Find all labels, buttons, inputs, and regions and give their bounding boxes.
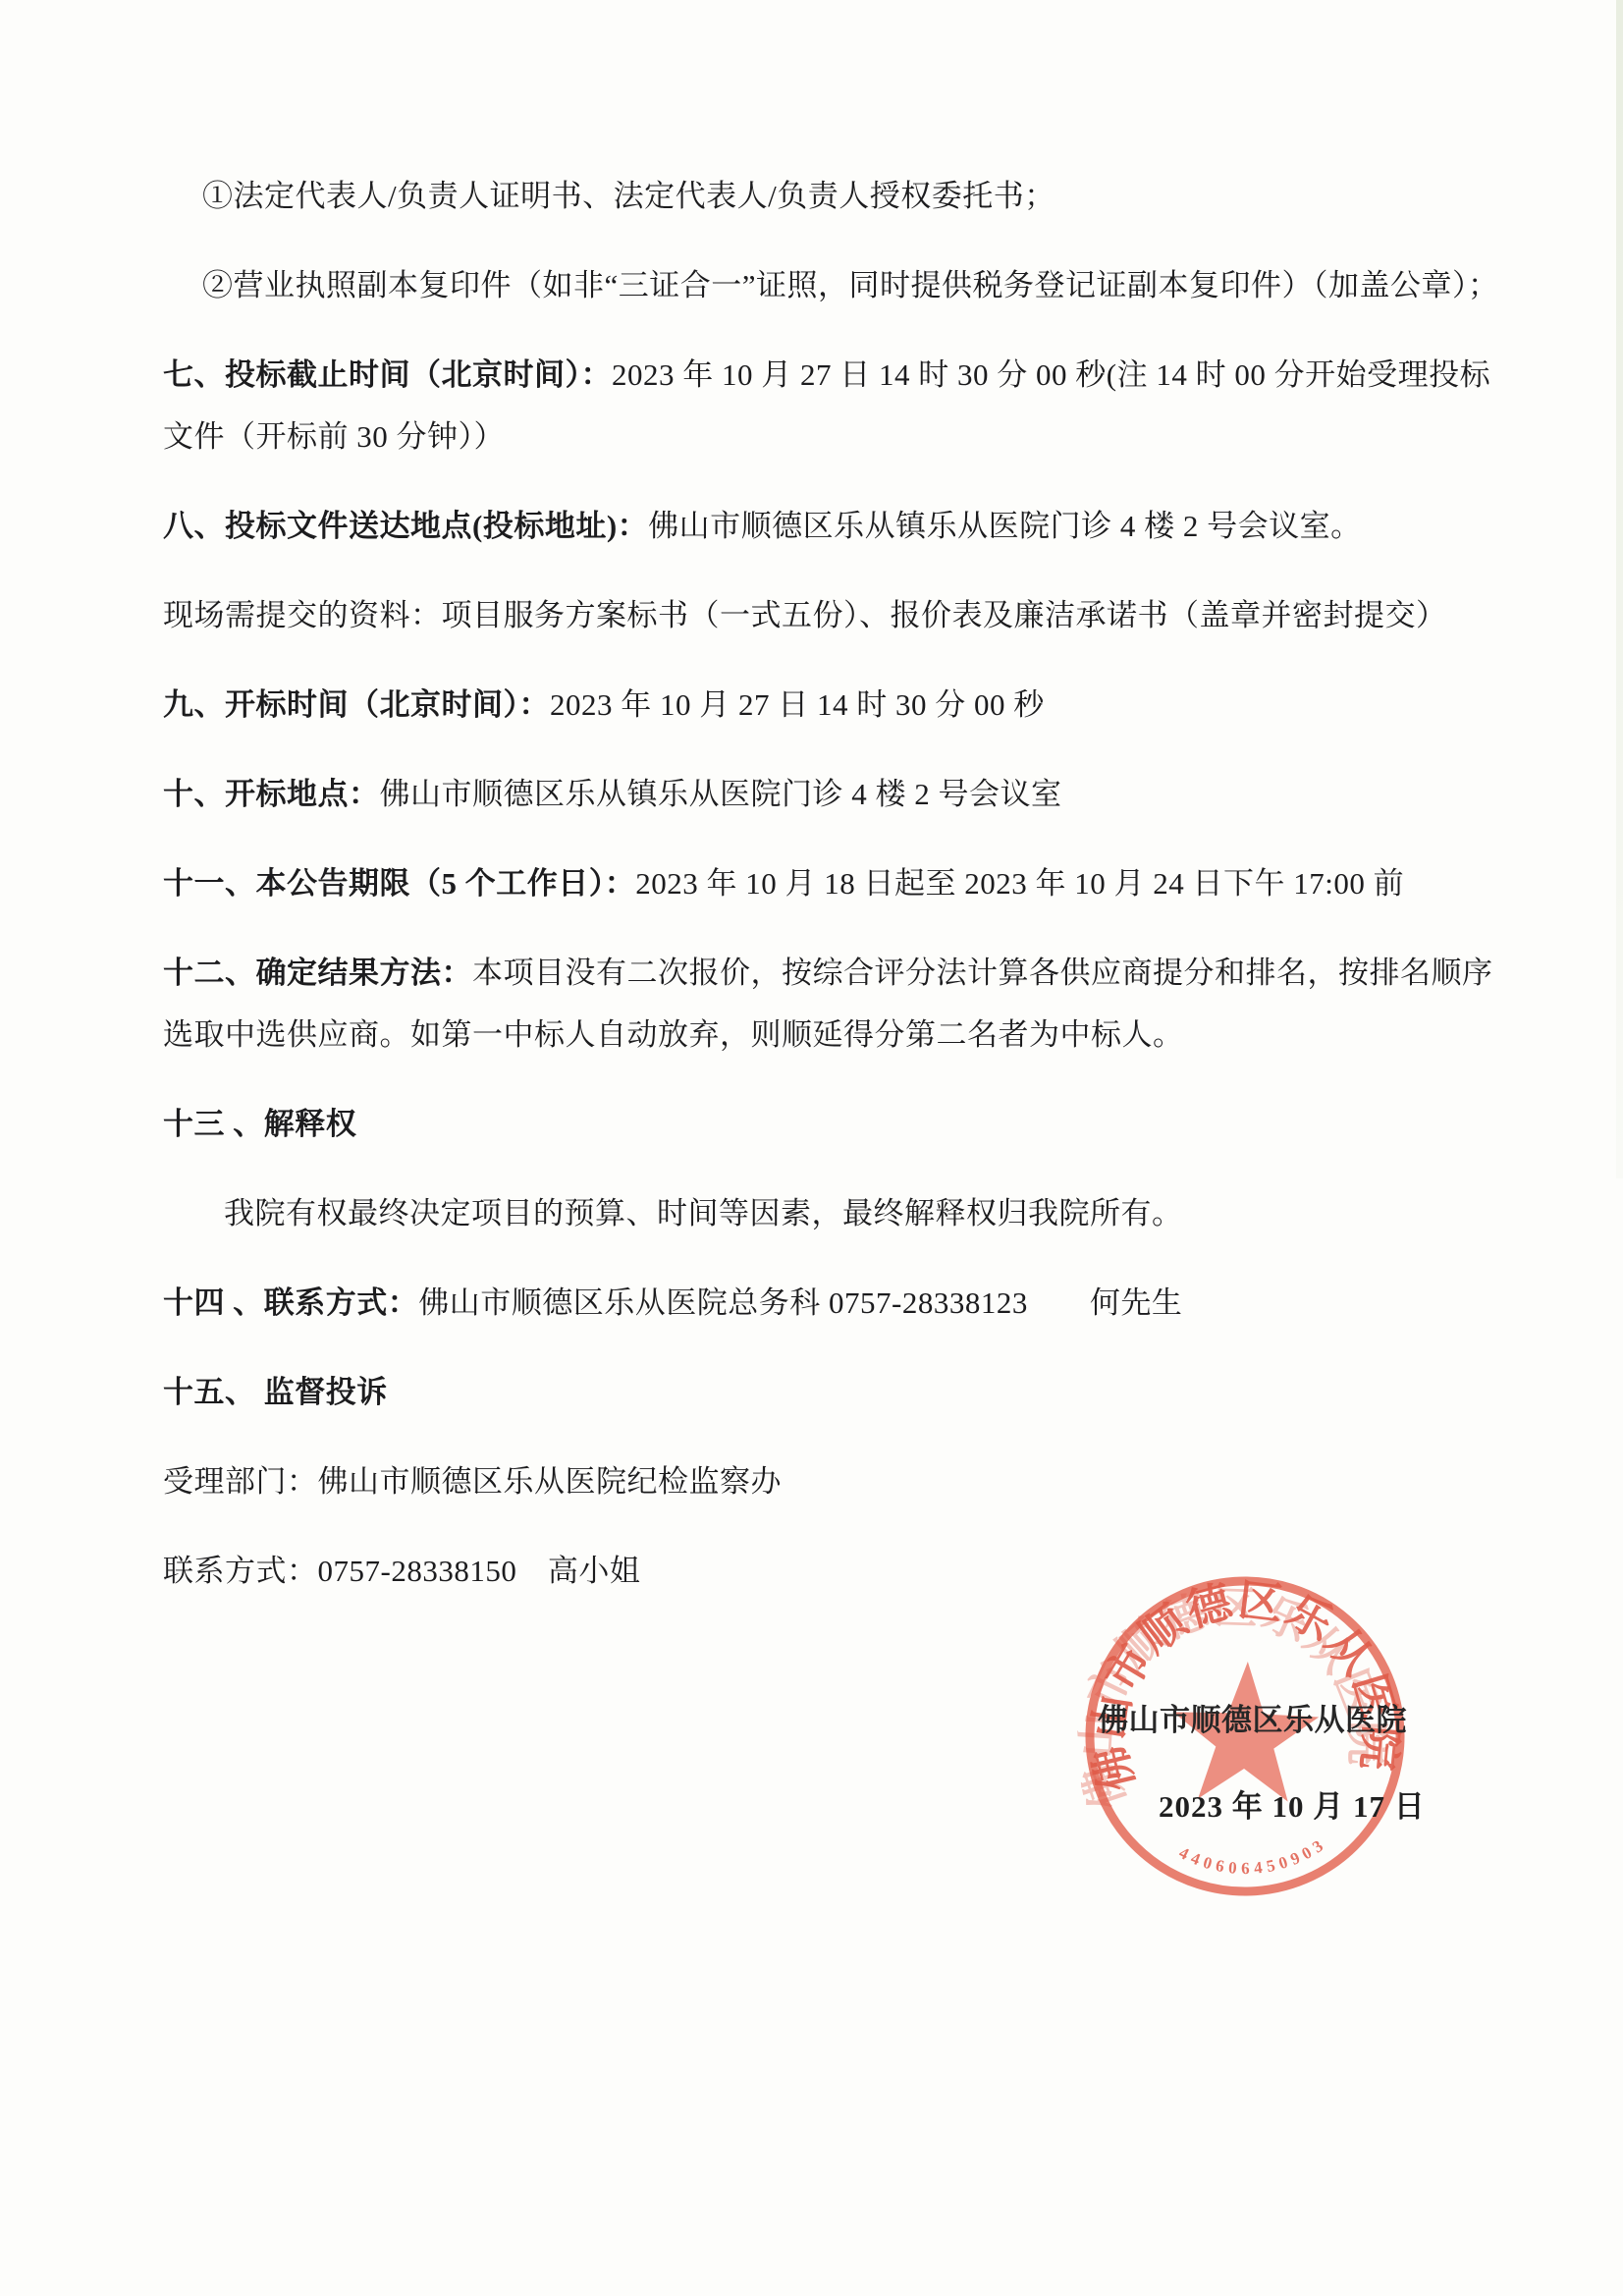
paragraph-section-8: 八、投标文件送达地点(投标地址)：佛山市顺德区乐从镇乐从医院门诊 4 楼 2 号… bbox=[163, 495, 1520, 557]
paragraph-interpretation: 我院有权最终决定项目的预算、时间等因素，最终解释权归我院所有。 bbox=[163, 1182, 1520, 1244]
paragraph-text: 2023 年 10 月 27 日 14 时 30 分 00 秒 bbox=[550, 687, 1045, 722]
section-heading: 九、开标时间（北京时间）： bbox=[163, 687, 550, 722]
section-heading: 七、投标截止时间（北京时间）： bbox=[163, 357, 612, 392]
paragraph-section-14: 十四 、联系方式：佛山市顺德区乐从医院总务科 0757-28338123 何先生 bbox=[163, 1272, 1520, 1334]
paragraph-section-9: 九、开标时间（北京时间）：2023 年 10 月 27 日 14 时 30 分 … bbox=[163, 674, 1520, 736]
section-heading: 十四 、联系方式： bbox=[163, 1285, 418, 1320]
section-heading: 十二、确定结果方法： bbox=[163, 956, 472, 990]
document-body: ①法定代表人/负责人证明书、法定代表人/负责人授权委托书； ②营业执照副本复印件… bbox=[163, 165, 1520, 1629]
paragraph-text: 佛山市顺德区乐从镇乐从医院门诊 4 楼 2 号会议室。 bbox=[648, 509, 1362, 543]
section-heading: 十三 、解释权 bbox=[163, 1107, 356, 1141]
section-heading: 十五、 监督投诉 bbox=[163, 1375, 388, 1409]
paragraph-section-7: 七、投标截止时间（北京时间）：2023 年 10 月 27 日 14 时 30 … bbox=[163, 344, 1520, 467]
paragraph-section-15: 十五、 监督投诉 bbox=[163, 1361, 1520, 1423]
paragraph-text: 现场需提交的资料：项目服务方案标书（一式五份）、报价表及廉洁承诺书（盖章并密封提… bbox=[163, 598, 1447, 632]
paragraph-text: 我院有权最终决定项目的预算、时间等因素，最终解释权归我院所有。 bbox=[224, 1196, 1183, 1230]
paragraph-text: 佛山市顺德区乐从医院总务科 0757-28338123 何先生 bbox=[418, 1285, 1182, 1320]
paragraph-section-11: 十一、本公告期限（5 个工作日）：2023 年 10 月 18 日起至 2023… bbox=[163, 852, 1520, 914]
section-heading: 八、投标文件送达地点(投标地址)： bbox=[163, 509, 648, 543]
paragraph-onsite-materials: 现场需提交的资料：项目服务方案标书（一式五份）、报价表及廉洁承诺书（盖章并密封提… bbox=[163, 584, 1520, 646]
section-heading: 十、开标地点： bbox=[163, 777, 380, 811]
stamp-org-name: 佛山市顺德区乐从医院 bbox=[1098, 1695, 1407, 1739]
paragraph-section-12: 十二、确定结果方法：本项目没有二次报价，按综合评分法计算各供应商提分和排名，按排… bbox=[163, 942, 1520, 1066]
paragraph-text: 受理部门：佛山市顺德区乐从医院纪检监察办 bbox=[163, 1464, 782, 1499]
paragraph-section-13: 十三 、解释权 bbox=[163, 1093, 1520, 1155]
paragraph-text: 佛山市顺德区乐从镇乐从医院门诊 4 楼 2 号会议室 bbox=[380, 777, 1062, 811]
paragraph-text: 联系方式：0757-28338150 高小姐 bbox=[163, 1554, 640, 1588]
section-heading: 十一、本公告期限（5 个工作日）： bbox=[163, 866, 635, 901]
paragraph-section-10: 十、开标地点：佛山市顺德区乐从镇乐从医院门诊 4 楼 2 号会议室 bbox=[163, 763, 1520, 825]
scan-edge-artifact bbox=[1616, 0, 1623, 1178]
paragraph-complaint-dept: 受理部门：佛山市顺德区乐从医院纪检监察办 bbox=[163, 1450, 1520, 1512]
paragraph-text: 2023 年 10 月 18 日起至 2023 年 10 月 24 日下午 17… bbox=[635, 866, 1404, 901]
paragraph-text: ①法定代表人/负责人证明书、法定代表人/负责人授权委托书； bbox=[202, 179, 1055, 213]
paragraph-text: ②营业执照副本复印件（如非“三证合一”证照，同时提供税务登记证副本复印件）（加盖… bbox=[202, 268, 1499, 302]
stamp-date: 2023 年 10 月 17 日 bbox=[1159, 1781, 1426, 1826]
paragraph-item-1: ①法定代表人/负责人证明书、法定代表人/负责人授权委托书； bbox=[163, 165, 1520, 227]
paragraph-item-2: ②营业执照副本复印件（如非“三证合一”证照，同时提供税务登记证副本复印件）（加盖… bbox=[163, 254, 1520, 316]
